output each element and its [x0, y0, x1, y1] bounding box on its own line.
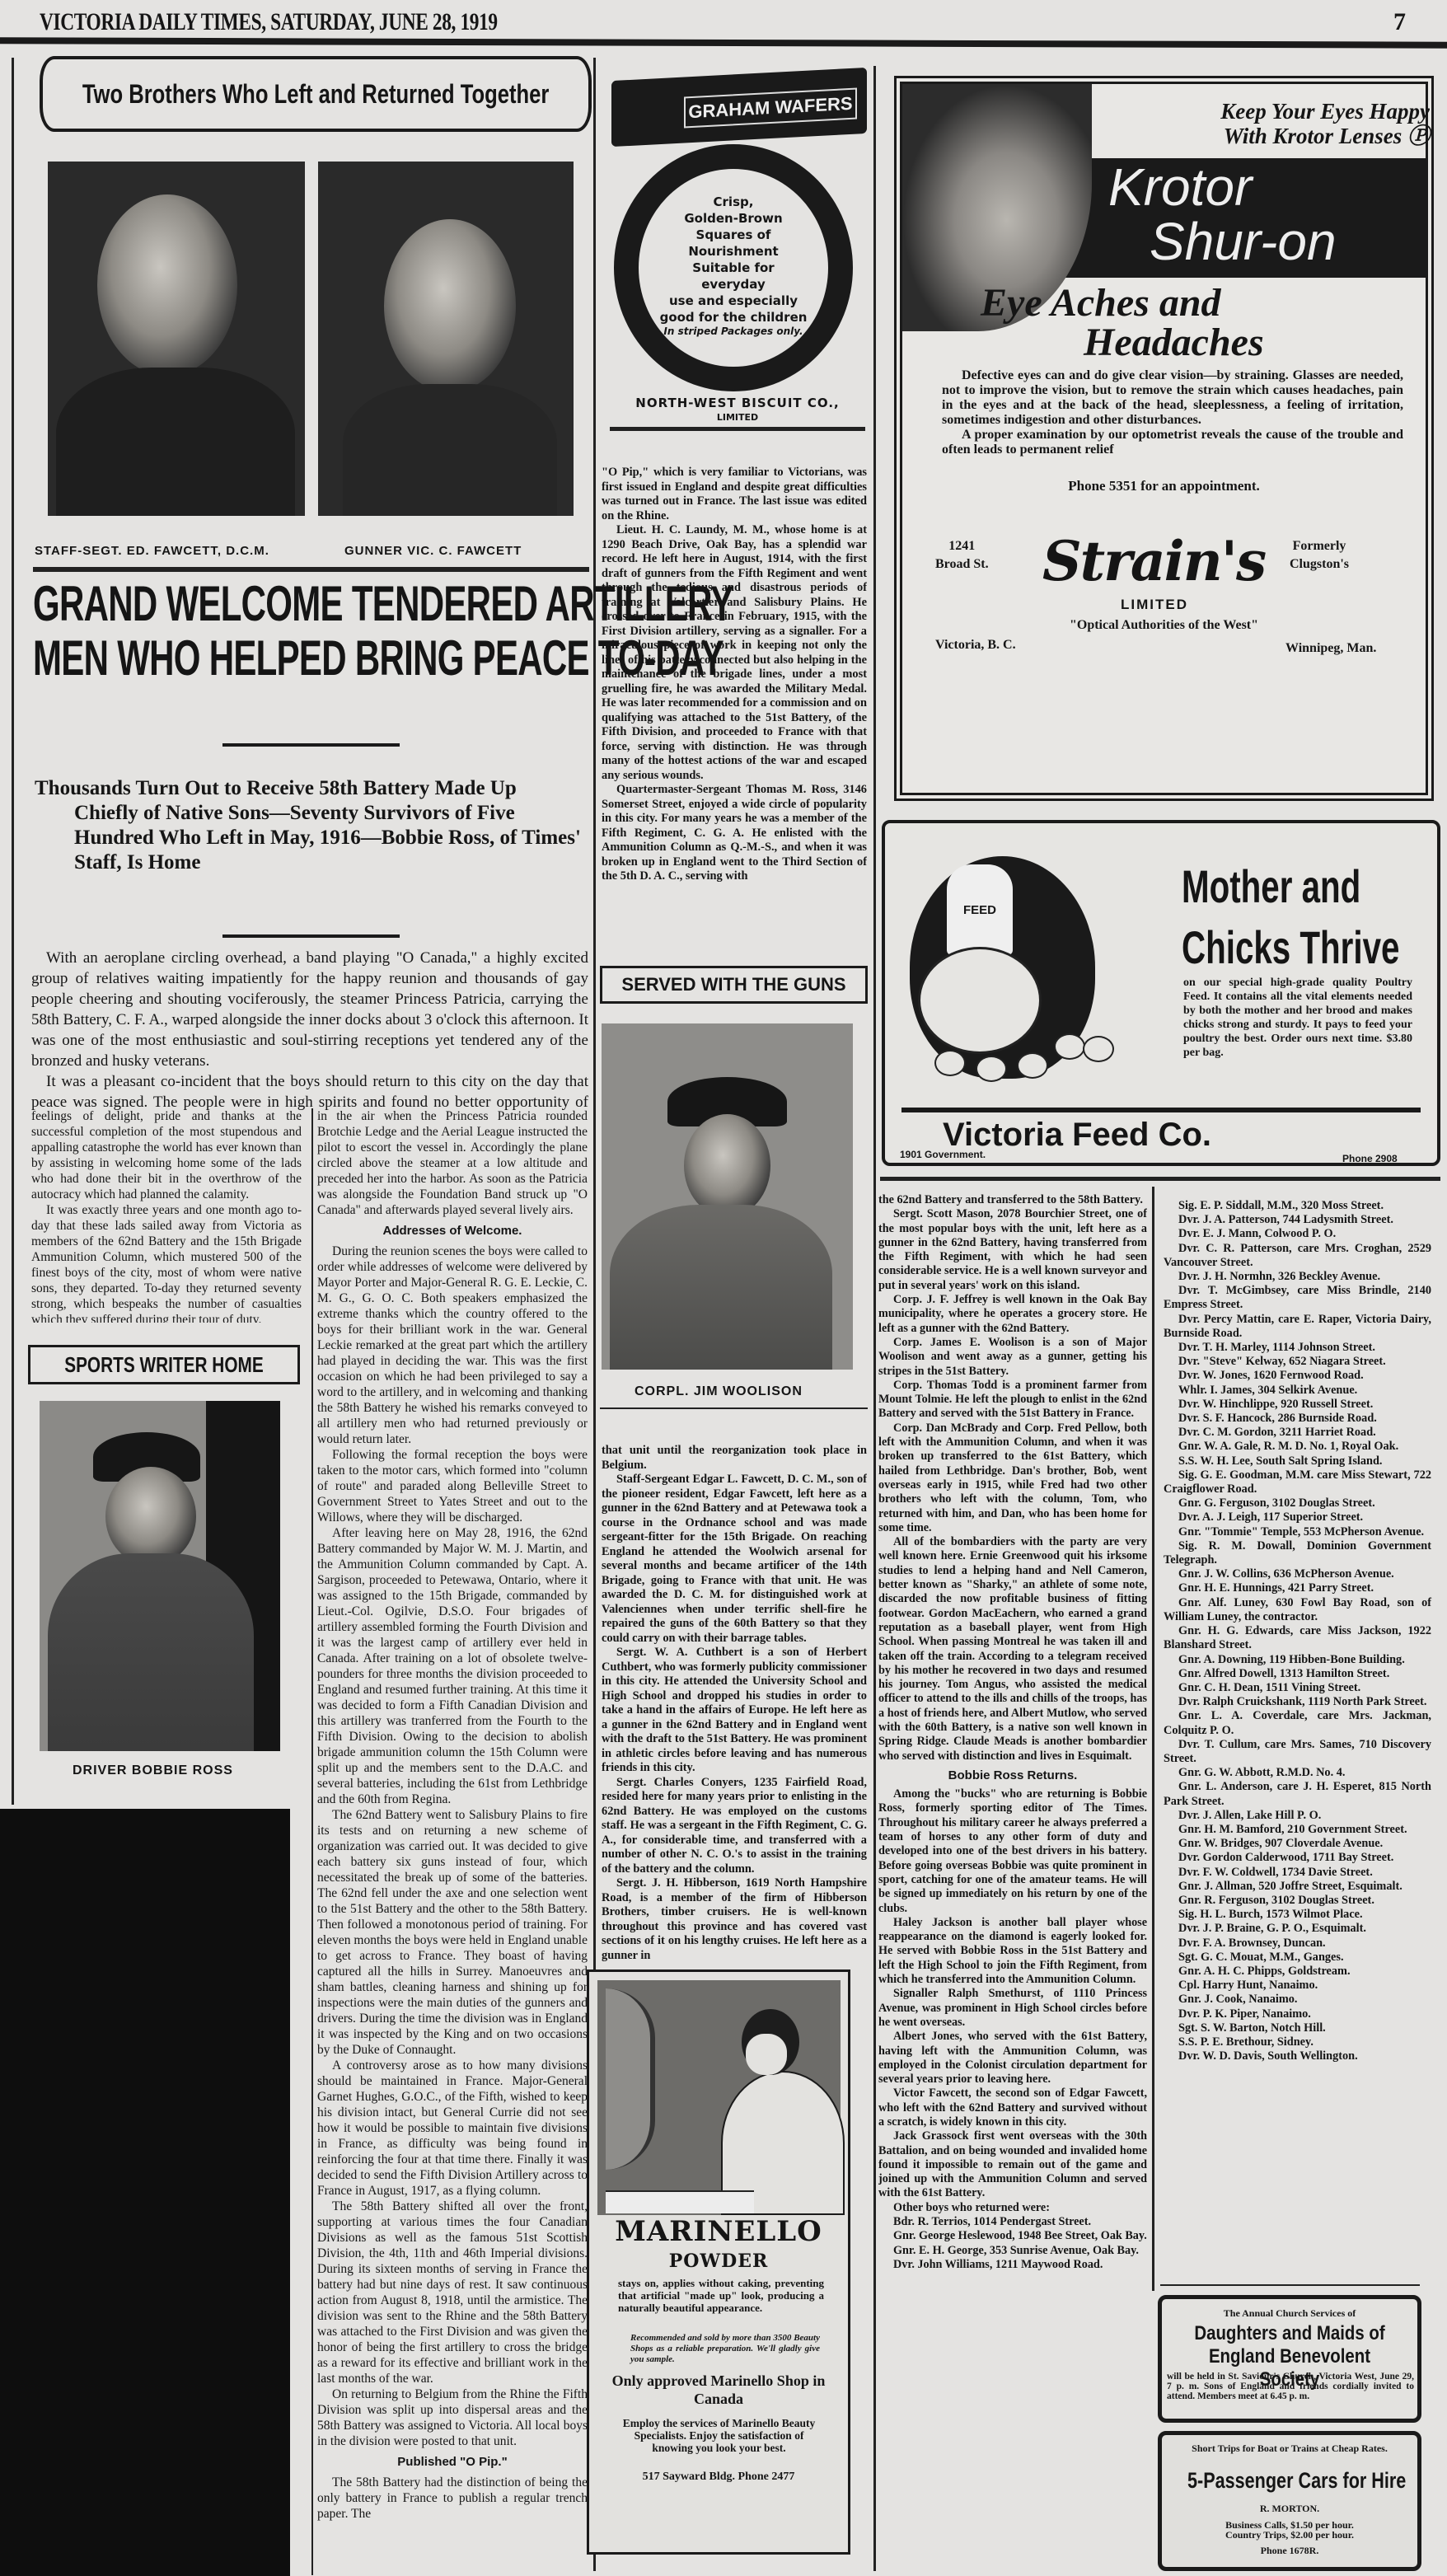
- list-item: Dvr. W. Hinchlippe, 920 Russell Street.: [1164, 1398, 1431, 1412]
- feed-sack-label: FEED: [963, 903, 996, 917]
- list-item: Dvr. J. P. Braine, G. P. O., Esquimalt.: [1164, 1922, 1431, 1936]
- paragraph: A proper examination by our optometrist …: [942, 428, 1403, 457]
- subhead-addresses-of-welcome: Addresses of Welcome.: [317, 1223, 588, 1239]
- photo-bobbie-ross: [40, 1401, 280, 1751]
- paragraph: Dvr. John Williams, 1211 Maywood Road.: [878, 2258, 1147, 2272]
- copy-line: Crisp,: [659, 194, 808, 210]
- scan-dark-margin: [0, 1809, 290, 2576]
- paragraph: in the air when the Princess Patricia ro…: [317, 1108, 588, 1218]
- mirror-graphic: [606, 1988, 655, 2170]
- served-with-guns-banner: SERVED WITH THE GUNS: [600, 966, 868, 1004]
- marinello-copy: stays on, applies without caking, preven…: [618, 2277, 824, 2314]
- list-item: Gnr. "Tommie" Temple, 553 McPherson Aven…: [1164, 1525, 1431, 1539]
- list-item: S.S. W. H. Lee, South Salt Spring Island…: [1164, 1454, 1431, 1468]
- feed-street: 1901 Government.: [900, 1149, 986, 1160]
- list-item: Gnr. L. Anderson, care J. H. Esperet, 81…: [1164, 1780, 1431, 1808]
- list-item: Dvr. T. McGimbsey, care Miss Brindle, 21…: [1164, 1284, 1431, 1312]
- paragraph: Jack Grassock first went overseas with t…: [878, 2129, 1147, 2200]
- brothers-banner: Two Brothers Who Left and Returned Toget…: [40, 56, 592, 132]
- krotor-copy: Defective eyes can and do give clear vis…: [942, 368, 1403, 457]
- marinello-employ: Employ the services of Marinello Beauty …: [614, 2417, 824, 2454]
- list-item: Gnr. J. Cook, Nanaimo.: [1164, 1993, 1431, 2007]
- marinello-name: MARINELLO: [589, 2215, 848, 2248]
- portrait-body: [48, 1553, 254, 1751]
- list-item: Dvr. F. A. Brownsey, Duncan.: [1164, 1937, 1431, 1951]
- masthead-title: VICTORIA DAILY TIMES, SATURDAY, JUNE 28,…: [40, 8, 498, 36]
- list-item: Dvr. Percy Mattin, care E. Raper, Victor…: [1164, 1313, 1431, 1341]
- brothers-banner-text: Two Brothers Who Left and Returned Toget…: [82, 79, 550, 110]
- list-item: Gnr. H. G. Edwards, care Miss Jackson, 1…: [1164, 1624, 1431, 1652]
- marinello-address: 517 Sayward Bldg. Phone 2477: [589, 2471, 848, 2484]
- paragraph: Corp. Thomas Todd is a prominent farmer …: [878, 1379, 1147, 1421]
- paragraph: On returning to Belgium from the Rhine t…: [317, 2386, 588, 2449]
- tagline-text: With Krotor Lenses: [1224, 124, 1403, 148]
- formerly-label: Formerly: [1290, 537, 1349, 555]
- paragraph: It was exactly three years and one month…: [31, 1202, 302, 1323]
- list-item: Cpl. Harry Hunt, Nanaimo.: [1164, 1979, 1431, 1993]
- paragraph: Gnr. E. H. George, 353 Sunrise Avenue, O…: [878, 2244, 1147, 2258]
- subhead-published-o-pip: Published "O Pip.": [317, 2454, 588, 2470]
- column-rule: [873, 66, 876, 2571]
- brand-shur-on: Shur-on: [1150, 214, 1337, 269]
- trademark-icon: Ⓟ: [1407, 124, 1430, 148]
- tagline-line: Keep Your Eyes Happy: [1117, 99, 1430, 124]
- list-item: Dvr. Ralph Cruickshank, 1119 North Park …: [1164, 1695, 1431, 1709]
- paragraph: Victor Fawcett, the second son of Edgar …: [878, 2087, 1147, 2129]
- divider: [880, 1177, 1440, 1181]
- victoria-feed-ad: FEED Mother and Chicks Thrive on our spe…: [882, 820, 1440, 1166]
- paragraph: Staff-Sergeant Edgar L. Fawcett, D. C. M…: [602, 1473, 867, 1646]
- cars-phone: Phone 1678R.: [1162, 2545, 1417, 2557]
- col3-top-text: "O Pip," which is very familiar to Victo…: [602, 466, 867, 956]
- portrait-face: [684, 1114, 770, 1217]
- feed-copy: on our special high-grade quality Poultr…: [1183, 976, 1412, 1060]
- paragraph: During the reunion scenes the boys were …: [317, 1244, 588, 1447]
- paragraph: With an aeroplane circling overhead, a b…: [31, 948, 588, 1071]
- sports-banner: SPORTS WRITER HOME: [28, 1345, 300, 1384]
- newspaper-page: VICTORIA DAILY TIMES, SATURDAY, JUNE 28,…: [0, 0, 1447, 2576]
- list-item: Gnr. W. A. Gale, R. M. D. No. 1, Royal O…: [1164, 1440, 1431, 1454]
- list-item: Dvr. W. D. Davis, South Wellington.: [1164, 2049, 1431, 2063]
- list-item: Sig. R. M. Dowall, Dominion Government T…: [1164, 1539, 1431, 1567]
- lead-intro: With an aeroplane circling overhead, a b…: [31, 948, 588, 1112]
- list-item: Dvr. F. W. Coldwell, 1734 Davie Street.: [1164, 1866, 1431, 1880]
- paragraph: After leaving here on May 28, 1916, the …: [317, 1525, 588, 1807]
- feed-title-line: Chicks Thrive: [1182, 917, 1399, 978]
- paragraph: Sergt. W. A. Cuthbert is a son of Herber…: [602, 1646, 867, 1776]
- photo-ed-fawcett: [48, 162, 305, 516]
- paragraph: Corp. J. F. Jeffrey is well known in the…: [878, 1293, 1147, 1336]
- list-item: Gnr. G. W. Abbott, R.M.D. No. 4.: [1164, 1766, 1431, 1780]
- list-item: Gnr. A. Downing, 119 Hibben-Bone Buildin…: [1164, 1653, 1431, 1667]
- list-item: Dvr. E. J. Mann, Colwood P. O.: [1164, 1227, 1431, 1241]
- paragraph: The 58th Battery had the distinction of …: [317, 2475, 588, 2522]
- list-item: Dvr. S. F. Hancock, 286 Burnside Road.: [1164, 1412, 1431, 1426]
- list-item: Dvr. T. Cullum, care Mrs. Sames, 710 Dis…: [1164, 1738, 1431, 1766]
- list-item: Gnr. G. Ferguson, 3102 Douglas Street.: [1164, 1496, 1431, 1510]
- list-item: Dvr. J. H. Normhn, 326 Beckley Avenue.: [1164, 1270, 1431, 1284]
- list-item: Sig. H. L. Burch, 1573 Wilmot Place.: [1164, 1908, 1431, 1922]
- copy-line: Golden-Brown: [659, 210, 808, 227]
- paragraph: Haley Jackson is another ball player who…: [878, 1916, 1147, 1987]
- chick-icon: [1054, 1033, 1085, 1060]
- list-item: Gnr. H. E. Hunnings, 421 Parry Street.: [1164, 1581, 1431, 1595]
- paragraph: "O Pip," which is very familiar to Victo…: [602, 466, 867, 523]
- marinello-recommendation: Recommended and sold by more than 3500 B…: [630, 2333, 820, 2365]
- deck-rest: Chiefly of Native Sons—Seventy Survivors…: [35, 801, 588, 875]
- paragraph: Sergt. J. H. Hibberson, 1619 North Hamps…: [602, 1876, 867, 1963]
- benevolent-society-ad: The Annual Church Services of Daughters …: [1158, 2295, 1421, 2423]
- marinello-approved: Only approved Marinello Shop in Canada: [589, 2372, 848, 2408]
- list-item: Dvr. "Steve" Kelway, 652 Niagara Street.: [1164, 1355, 1431, 1369]
- paragraph: the 62nd Battery and transferred to the …: [878, 1193, 1147, 1207]
- city-victoria: Victoria, B. C.: [935, 638, 1016, 653]
- masthead: VICTORIA DAILY TIMES, SATURDAY, JUNE 28,…: [0, 0, 1447, 43]
- list-item: Dvr. J. A. Patterson, 744 Ladysmith Stre…: [1164, 1213, 1431, 1227]
- krotor-address: 1241 Broad St.: [935, 537, 989, 574]
- caption-jim-woolison: CORPL. JIM WOOLISON: [635, 1384, 803, 1399]
- list-item: Dvr. Gordon Calderwood, 1711 Bay Street.: [1164, 1851, 1431, 1865]
- copy-line: use and especially: [659, 293, 808, 309]
- krotor-formerly: Formerly Clugston's: [1290, 537, 1349, 574]
- col3-middle-text: that unit until the reorganization took …: [602, 1444, 867, 1963]
- address-street: Broad St.: [935, 555, 989, 574]
- paragraph: A controversy arose as to how many divis…: [317, 2058, 588, 2199]
- portrait-face: [105, 1467, 196, 1566]
- rate-line: Country Trips, $2.00 per hour.: [1162, 2530, 1417, 2540]
- list-item: Gnr. Alf. Luney, 630 Fowl Bay Road, son …: [1164, 1596, 1431, 1624]
- graham-copy: Crisp, Golden-Brown Squares of Nourishme…: [659, 194, 808, 337]
- krotor-heading-1: Eye Aches and: [981, 282, 1221, 325]
- paragraph: Signaller Ralph Smethurst, of 1110 Princ…: [878, 1987, 1147, 2030]
- page-number: 7: [1393, 8, 1406, 36]
- deck-first-line: Thousands Turn Out to Receive 58th Batte…: [35, 776, 588, 801]
- portrait-body: [610, 1205, 832, 1370]
- column-rule: [12, 58, 14, 1805]
- list-item: Gnr. W. Bridges, 907 Cloverdale Avenue.: [1164, 1837, 1431, 1851]
- brand-krotor: Krotor: [1108, 160, 1252, 214]
- society-copy: will be held in St. Saviour's Church, Vi…: [1167, 2372, 1414, 2401]
- photo-vic-fawcett: [318, 162, 574, 516]
- cars-owner: R. MORTON.: [1162, 2503, 1417, 2515]
- list-item: Dvr. C. R. Patterson, care Mrs. Croghan,…: [1164, 1242, 1431, 1270]
- portrait-body: [343, 384, 557, 516]
- list-item: Dvr. P. K. Piper, Nanaimo.: [1164, 2007, 1431, 2021]
- divider: [901, 1108, 1421, 1112]
- list-item: Sig. E. P. Siddall, M.M., 320 Moss Stree…: [1164, 1199, 1431, 1213]
- list-item: Gnr. A. H. C. Phipps, Goldstream.: [1164, 1965, 1431, 1979]
- copy-line: Suitable for everyday: [659, 260, 808, 293]
- paragraph: Corp. Dan McBrady and Corp. Fred Pellow,…: [878, 1421, 1147, 1535]
- chick-icon: [1017, 1052, 1048, 1079]
- copy-line: Squares of Nourishment: [659, 227, 808, 260]
- tagline-line: With Krotor Lenses Ⓟ: [1117, 124, 1430, 148]
- city-winnipeg: Winnipeg, Man.: [1285, 641, 1376, 656]
- strains-limited: LIMITED: [1121, 597, 1188, 613]
- paragraph: Lieut. H. C. Laundy, M. M., whose home i…: [602, 523, 867, 783]
- vanity-table: [606, 2190, 754, 2213]
- returned-soldiers-list: Sig. E. P. Siddall, M.M., 320 Moss Stree…: [1164, 1199, 1431, 2063]
- list-item: S.S. P. E. Brethour, Sidney.: [1164, 2035, 1431, 2049]
- paragraph: Sergt. Charles Conyers, 1235 Fairfield R…: [602, 1776, 867, 1877]
- feed-title-line: Mother and: [1182, 856, 1399, 917]
- graham-limited: LIMITED: [606, 412, 869, 423]
- divider: [33, 567, 589, 572]
- paragraph: Corp. James E. Woolison is a son of Majo…: [878, 1336, 1147, 1379]
- list-item: Dvr. A. J. Leigh, 117 Superior Street.: [1164, 1510, 1431, 1525]
- krotor-phone: Phone 5351 for an appointment.: [902, 478, 1426, 494]
- cars-rates: Business Calls, $1.50 per hour. Country …: [1162, 2520, 1417, 2540]
- list-item: Gnr. R. Ferguson, 3102 Douglas Street.: [1164, 1894, 1431, 1908]
- chick-icon: [1083, 1036, 1114, 1062]
- cars-kicker: Short Trips for Boat or Trains at Cheap …: [1162, 2443, 1417, 2454]
- krotor-slogan: "Optical Authorities of the West": [902, 618, 1426, 633]
- illustration-vanity: [597, 1980, 841, 2215]
- divider: [1160, 2284, 1420, 2286]
- list-item: Gnr. J. Allman, 520 Joffre Street, Esqui…: [1164, 1880, 1431, 1894]
- paragraph: Sergt. Scott Mason, 2078 Bourchier Stree…: [878, 1207, 1147, 1293]
- formerly-name: Clugston's: [1290, 555, 1349, 574]
- copy-note: In striped Packages only.: [659, 326, 808, 337]
- cars-for-hire-ad: Short Trips for Boat or Trains at Cheap …: [1158, 2431, 1421, 2571]
- portrait-face: [97, 194, 237, 376]
- krotor-tagline: Keep Your Eyes Happy With Krotor Lenses …: [1117, 99, 1430, 148]
- list-item: Gnr. H. M. Bamford, 210 Government Stree…: [1164, 1823, 1431, 1837]
- divider: [610, 427, 865, 431]
- photo-jim-woolison: [602, 1023, 853, 1370]
- list-item: Sgt. G. C. Mouat, M.M., Ganges.: [1164, 1951, 1431, 1965]
- list-item: Dvr. J. Allen, Lake Hill P. O.: [1164, 1809, 1431, 1823]
- paragraph: The 62nd Battery went to Salisbury Plain…: [317, 1807, 588, 2058]
- caption-ed-fawcett: STAFF-SEGT. ED. FAWCETT, D.C.M.: [35, 544, 269, 558]
- list-item: Gnr. J. W. Collins, 636 McPherson Avenue…: [1164, 1567, 1431, 1581]
- paragraph: Other boys who returned were:: [878, 2201, 1147, 2215]
- paragraph: The 58th Battery shifted all over the fr…: [317, 2199, 588, 2386]
- headline-deck: Thousands Turn Out to Receive 58th Batte…: [35, 776, 588, 875]
- society-kicker: The Annual Church Services of: [1162, 2307, 1417, 2320]
- column-rule: [311, 1108, 313, 2575]
- feed-title: Mother and Chicks Thrive: [1182, 856, 1399, 978]
- address-number: 1241: [935, 537, 989, 555]
- caption-bobbie-ross: DRIVER BOBBIE ROSS: [73, 1763, 233, 1778]
- hen-illustration: [918, 947, 1042, 1054]
- krotor-lenses-ad: Keep Your Eyes Happy With Krotor Lenses …: [894, 76, 1434, 801]
- paragraph: Defective eyes can and do give clear vis…: [942, 368, 1403, 428]
- woman-face: [746, 2034, 787, 2075]
- cars-name: 5-Passenger Cars for Hire: [1187, 2468, 1392, 2494]
- portrait-face: [384, 219, 516, 392]
- list-item: Dvr. W. Jones, 1620 Fernwood Road.: [1164, 1369, 1431, 1383]
- list-item: Whlr. I. James, 304 Selkirk Avenue.: [1164, 1384, 1431, 1398]
- krotor-heading-2: Headaches: [1084, 321, 1264, 364]
- served-banner-text: SERVED WITH THE GUNS: [621, 974, 845, 995]
- paragraph: All of the bombardiers with the party ar…: [878, 1535, 1147, 1763]
- paragraph: It was a pleasant co-incident that the b…: [31, 1071, 588, 1112]
- marinello-ad: MARINELLO POWDER stays on, applies witho…: [587, 1969, 850, 2555]
- divider: [600, 1407, 868, 1409]
- paragraph: Gnr. George Heslewood, 1948 Bee Street, …: [878, 2229, 1147, 2243]
- list-item: Dvr. C. M. Gordon, 3211 Harriet Road.: [1164, 1426, 1431, 1440]
- list-item: Sgt. S. W. Barton, Notch Hill.: [1164, 2021, 1431, 2035]
- paragraph: feelings of delight, pride and thanks at…: [31, 1108, 302, 1202]
- paragraph: Albert Jones, who served with the 61st B…: [878, 2030, 1147, 2087]
- chick-icon: [976, 1056, 1007, 1082]
- graham-company: NORTH-WEST BISCUIT CO.,: [606, 396, 869, 410]
- strains-logo: Strain's: [1042, 529, 1265, 593]
- feed-sack: FEED: [947, 864, 1013, 955]
- marinello-product: POWDER: [589, 2250, 848, 2272]
- divider: [222, 934, 400, 938]
- sports-banner-text: SPORTS WRITER HOME: [64, 1352, 264, 1378]
- lead-col-a: feelings of delight, pride and thanks at…: [31, 1108, 302, 1323]
- copy-line: good for the children: [659, 309, 808, 326]
- feed-phone: Phone 2908: [1342, 1153, 1398, 1164]
- list-item: Sig. G. E. Goodman, M.M. care Miss Stewa…: [1164, 1468, 1431, 1496]
- list-item: Gnr. L. A. Coverdale, care Mrs. Jackman,…: [1164, 1709, 1431, 1737]
- paragraph: Bdr. R. Terrios, 1014 Pendergast Street.: [878, 2215, 1147, 2229]
- col4-text: the 62nd Battery and transferred to the …: [878, 1193, 1147, 2574]
- caption-vic-fawcett: GUNNER VIC. C. FAWCETT: [344, 544, 522, 558]
- portrait-body: [56, 368, 295, 516]
- paragraph: Quartermaster-Sergeant Thomas M. Ross, 3…: [602, 783, 867, 884]
- lead-col-b: in the air when the Princess Patricia ro…: [317, 1108, 588, 2571]
- subhead-bobbie-ross-returns: Bobbie Ross Returns.: [878, 1768, 1147, 1782]
- list-item: Dvr. T. H. Marley, 1114 Johnson Street.: [1164, 1341, 1431, 1355]
- list-item: Gnr. Alfred Dowell, 1313 Hamilton Street…: [1164, 1667, 1431, 1681]
- paragraph: Following the formal reception the boys …: [317, 1447, 588, 1525]
- paragraph: Among the "bucks" who are returning is B…: [878, 1787, 1147, 1916]
- column-rule: [1152, 1187, 1154, 2291]
- divider: [222, 743, 400, 747]
- list-item: Gnr. C. H. Dean, 1511 Vining Street.: [1164, 1681, 1431, 1695]
- paragraph: that unit until the reorganization took …: [602, 1444, 867, 1473]
- chick-icon: [934, 1050, 966, 1076]
